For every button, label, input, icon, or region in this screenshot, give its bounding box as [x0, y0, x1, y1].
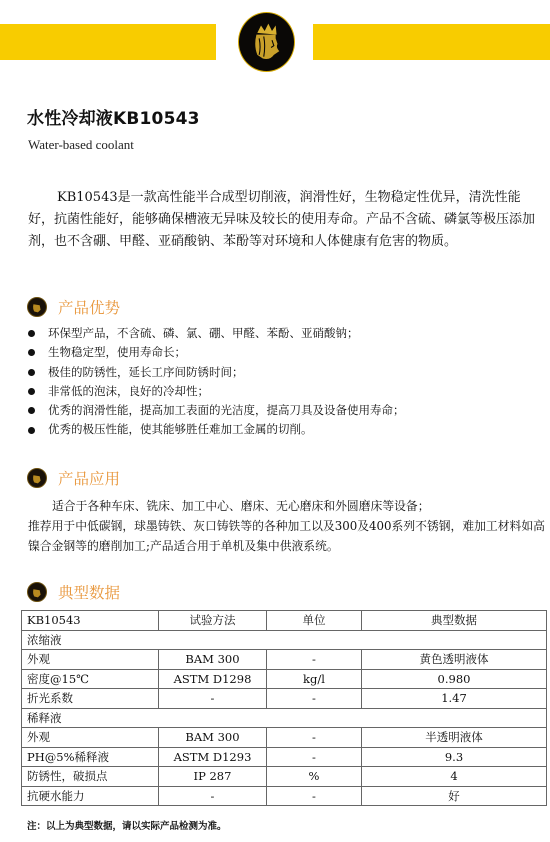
list-item: 环保型产品，不含硫、磷、氯、硼、甲醛、苯酚、亚硝酸钠； [27, 324, 405, 343]
page-subtitle: Water-based coolant [28, 137, 134, 153]
page-title: 水性冷却液KB10543 [27, 104, 200, 129]
table-cell: IP 287 [159, 767, 267, 787]
list-item: 生物稳定型，使用寿命长； [27, 343, 405, 362]
table-group-row: 稀释液 [22, 708, 547, 728]
table-cell: 0.980 [362, 669, 547, 689]
table-cell: - [267, 747, 362, 767]
table-cell: 折光系数 [22, 689, 159, 709]
intro-paragraph: KB10543是一款高性能半合成型切削液，润滑性好，生物稳定性优异，清洗性能好，… [28, 187, 543, 253]
table-cell: BAM 300 [159, 728, 267, 748]
table-cell: 防锈性，破损点 [22, 767, 159, 787]
table-cell: 好 [362, 786, 547, 806]
table-row: 密度@15℃ ASTM D1298 kg/l 0.980 [22, 669, 547, 689]
table-row: 折光系数 - - 1.47 [22, 689, 547, 709]
header-cell: KB10543 [22, 611, 159, 631]
list-item: 非常低的泡沫，良好的冷却性； [27, 382, 405, 401]
table-row: 抗硬水能力 - - 好 [22, 786, 547, 806]
section-title: 产品应用 [58, 467, 120, 489]
table-cell: BAM 300 [159, 650, 267, 670]
brand-logo-icon [238, 12, 295, 72]
table-row: PH@5%稀释液 ASTM D1293 - 9.3 [22, 747, 547, 767]
table-cell: - [267, 786, 362, 806]
header-cell: 单位 [267, 611, 362, 631]
table-cell: ASTM D1298 [159, 669, 267, 689]
section-header-advantages: 产品优势 [27, 296, 120, 318]
list-item-text: 非常低的泡沫，良好的冷却性； [48, 382, 209, 401]
bullet-icon [28, 349, 35, 356]
bullet-icon [28, 330, 35, 337]
bullet-icon [28, 369, 35, 376]
table-row: 防锈性，破损点 IP 287 % 4 [22, 767, 547, 787]
table-cell: 密度@15℃ [22, 669, 159, 689]
table-cell: ASTM D1293 [159, 747, 267, 767]
table-cell: kg/l [267, 669, 362, 689]
section-logo-icon [27, 297, 47, 317]
list-item: 优秀的极压性能，使其能够胜任难加工金属的切削。 [27, 420, 405, 439]
list-item: 优秀的润滑性能，提高加工表面的光洁度，提高刀具及设备使用寿命； [27, 401, 405, 420]
bullet-icon [28, 407, 35, 414]
table-header-row: KB10543 试验方法 单位 典型数据 [22, 611, 547, 631]
section-header-application: 产品应用 [27, 467, 120, 489]
table-cell: 外观 [22, 650, 159, 670]
table-cell: 抗硬水能力 [22, 786, 159, 806]
section-header-typical-data: 典型数据 [27, 581, 120, 603]
bullet-icon [28, 427, 35, 434]
table-cell: - [267, 650, 362, 670]
header-cell: 典型数据 [362, 611, 547, 631]
table-group-row: 浓缩液 [22, 630, 547, 650]
table-row: 外观 BAM 300 - 黄色透明液体 [22, 650, 547, 670]
list-item-text: 优秀的润滑性能，提高加工表面的光洁度，提高刀具及设备使用寿命； [48, 401, 405, 420]
application-paragraph: 适合于各种车床、铣床、加工中心、磨床、无心磨床和外圆磨床等设备； 推荐用于中低碳… [28, 496, 548, 556]
table-cell: 9.3 [362, 747, 547, 767]
banner-bar-right [313, 24, 550, 60]
list-item-text: 环保型产品，不含硫、磷、氯、硼、甲醛、苯酚、亚硝酸钠； [48, 324, 359, 343]
header-cell: 试验方法 [159, 611, 267, 631]
table-cell: 外观 [22, 728, 159, 748]
advantages-list: 环保型产品，不含硫、磷、氯、硼、甲醛、苯酚、亚硝酸钠； 生物稳定型，使用寿命长；… [27, 324, 405, 440]
bullet-icon [28, 388, 35, 395]
section-title: 产品优势 [58, 296, 120, 318]
table-cell: 4 [362, 767, 547, 787]
list-item: 极佳的防锈性，延长工序间防锈时间； [27, 363, 405, 382]
group-label: 浓缩液 [22, 630, 547, 650]
table-cell: - [159, 786, 267, 806]
list-item-text: 极佳的防锈性，延长工序间防锈时间； [48, 363, 244, 382]
table-cell: % [267, 767, 362, 787]
footnote: 注：以上为典型数据，请以实际产品检测为准。 [27, 818, 227, 832]
list-item-text: 生物稳定型，使用寿命长； [48, 343, 186, 362]
table-cell: - [267, 728, 362, 748]
application-line-2: 推荐用于中低碳钢，球墨铸铁、灰口铸铁等的各种加工以及300及400系列不锈钢，难… [28, 516, 548, 556]
section-title: 典型数据 [58, 581, 120, 603]
table-cell: PH@5%稀释液 [22, 747, 159, 767]
list-item-text: 优秀的极压性能，使其能够胜任难加工金属的切削。 [48, 420, 313, 439]
section-logo-icon [27, 468, 47, 488]
table-cell: 半透明液体 [362, 728, 547, 748]
group-label: 稀释液 [22, 708, 547, 728]
application-line-1: 适合于各种车床、铣床、加工中心、磨床、无心磨床和外圆磨床等设备； [28, 496, 548, 516]
table-cell: 黄色透明液体 [362, 650, 547, 670]
typical-data-table: KB10543 试验方法 单位 典型数据 浓缩液 外观 BAM 300 - 黄色… [21, 610, 547, 806]
table-row: 外观 BAM 300 - 半透明液体 [22, 728, 547, 748]
table-cell: 1.47 [362, 689, 547, 709]
section-logo-icon [27, 582, 47, 602]
table-cell: - [267, 689, 362, 709]
banner-bar-left [0, 24, 216, 60]
table-cell: - [159, 689, 267, 709]
